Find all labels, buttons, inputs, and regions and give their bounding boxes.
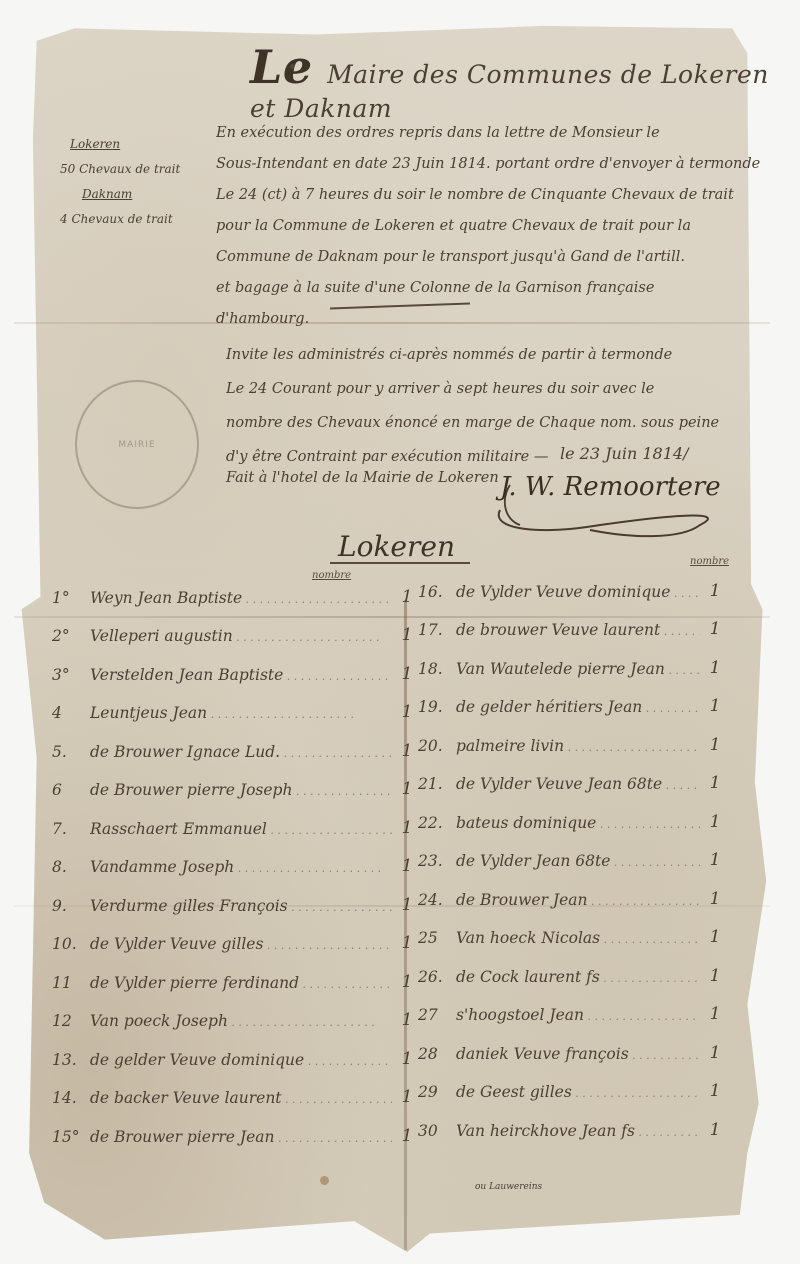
- margin-note: Lokeren 50 Chevaux de trait Daknam 4 Che…: [60, 132, 210, 232]
- entry-name: s'hoogstoel Jean: [456, 1006, 700, 1024]
- entry-name: de Brouwer Jean: [456, 891, 700, 909]
- list-item: 2°Velleperi augustin1: [52, 607, 422, 646]
- list-item: 6de Brouwer pierre Joseph1: [52, 761, 422, 800]
- entry-name: daniek Veuve françois: [456, 1045, 700, 1063]
- entry-name: Leuntjeus Jean: [90, 704, 392, 722]
- entry-quantity: 1: [700, 658, 730, 678]
- entry-number: 20.: [418, 737, 456, 755]
- list-item: 13.de gelder Veuve dominique1: [52, 1030, 422, 1069]
- body-paragraph-2: Invite les administrés ci-après nommés d…: [226, 338, 786, 474]
- list-item: 21.de Vylder Veuve Jean 68te1: [418, 755, 730, 794]
- ink-stain: [320, 1176, 329, 1185]
- text-line: et bagage à la suite d'une Colonne de la…: [216, 273, 776, 304]
- entry-name: Vandamme Joseph: [90, 858, 392, 876]
- entry-name: de backer Veuve laurent: [90, 1089, 392, 1107]
- entry-name: de Brouwer pierre Jean: [90, 1128, 392, 1146]
- entry-name: Van poeck Joseph: [90, 1012, 392, 1030]
- text-line: Le 24 Courant pour y arriver à sept heur…: [226, 372, 786, 406]
- entry-quantity: 1: [700, 619, 730, 639]
- entry-number: 24.: [418, 891, 456, 909]
- entry-name: Van heirckhove Jean fs: [456, 1122, 700, 1140]
- entry-number: 2°: [52, 627, 90, 645]
- body-paragraph-1: En exécution des ordres repris dans la l…: [216, 118, 776, 335]
- list-item: 25Van hoeck Nicolas1: [418, 909, 730, 948]
- list-item: 23.de Vylder Jean 68te1: [418, 832, 730, 871]
- entry-number: 26.: [418, 968, 456, 986]
- list-item: 27s'hoogstoel Jean1: [418, 986, 730, 1025]
- entry-name: Van hoeck Nicolas: [456, 929, 700, 947]
- entry-number: 16.: [418, 583, 456, 601]
- stamp-text: MAIRIE: [118, 440, 155, 450]
- entry-quantity: 1: [700, 1043, 730, 1063]
- entry-number: 5.: [52, 743, 90, 761]
- margin-commune-2: Daknam: [60, 182, 210, 207]
- entry-name: de Vylder Jean 68te: [456, 852, 700, 870]
- entry-number: 19.: [418, 698, 456, 716]
- title-text: Maire des Communes de Lokeren et Daknam: [250, 60, 769, 123]
- list-item: 3°Verstelden Jean Baptiste1: [52, 645, 422, 684]
- entry-quantity: 1: [700, 1004, 730, 1024]
- entry-quantity: 1: [700, 735, 730, 755]
- entry-name: bateus dominique: [456, 814, 700, 832]
- list-item: 1°Weyn Jean Baptiste1: [52, 568, 422, 607]
- list-item: 18.Van Wautelede pierre Jean1: [418, 639, 730, 678]
- list-item: 9.Verdurme gilles François1: [52, 876, 422, 915]
- entry-quantity: 1: [700, 927, 730, 947]
- entry-number: 18.: [418, 660, 456, 678]
- list-item: 14.de backer Veuve laurent1: [52, 1069, 422, 1108]
- entry-name: Verstelden Jean Baptiste: [90, 666, 392, 684]
- entry-quantity: 1: [700, 696, 730, 716]
- text-line: Invite les administrés ci-après nommés d…: [226, 338, 786, 372]
- entry-name: de gelder Veuve dominique: [90, 1051, 392, 1069]
- entry-number: 17.: [418, 621, 456, 639]
- document-title: Le Maire des Communes de Lokeren et Dakn…: [250, 40, 800, 123]
- entry-name: palmeire livin: [456, 737, 700, 755]
- entry-quantity: 1: [700, 581, 730, 601]
- text-line: nombre des Chevaux énoncé en marge de Ch…: [226, 406, 786, 440]
- entry-name: de Vylder Veuve dominique: [456, 583, 700, 601]
- entry-number: 23.: [418, 852, 456, 870]
- entry-quantity: 1: [700, 1120, 730, 1140]
- entry-number: 30: [418, 1122, 456, 1140]
- text-line: Le 24 (ct) à 7 heures du soir le nombre …: [216, 180, 776, 211]
- list-item: 10.de Vylder Veuve gilles1: [52, 915, 422, 954]
- entry-quantity: 1: [700, 850, 730, 870]
- entry-number: 29: [418, 1083, 456, 1101]
- entry-number: 10.: [52, 935, 90, 953]
- entry-name: de Geest gilles: [456, 1083, 700, 1101]
- list-item: 16.de Vylder Veuve dominique1: [418, 562, 730, 601]
- entry-number: 22.: [418, 814, 456, 832]
- list-item: 29de Geest gilles1: [418, 1063, 730, 1102]
- entry-number: 28: [418, 1045, 456, 1063]
- list-item: 5.de Brouwer Ignace Lud.1: [52, 722, 422, 761]
- entry-number: 11: [52, 974, 90, 992]
- entry-number: 25: [418, 929, 456, 947]
- entry-name: de Brouwer pierre Joseph: [90, 781, 392, 799]
- text-line: Sous-Intendant en date 23 Juin 1814. por…: [216, 149, 776, 180]
- entry-name: Verdurme gilles François: [90, 897, 392, 915]
- list-heading: Lokeren: [338, 530, 455, 563]
- margin-commune-1: Lokeren: [60, 132, 210, 157]
- list-item: 17.de brouwer Veuve laurent1: [418, 601, 730, 640]
- entry-number: 15°: [52, 1128, 90, 1146]
- list-item: 20.palmeire livin1: [418, 716, 730, 755]
- entry-number: 6: [52, 781, 90, 799]
- title-initial: Le: [250, 40, 313, 94]
- official-stamp: MAIRIE: [75, 380, 199, 509]
- text-line: pour la Commune de Lokeren et quatre Che…: [216, 211, 776, 242]
- entry-30-subnote: ou Lauwereins: [475, 1182, 542, 1192]
- mayor-signature: J. W. Remoortere: [500, 472, 721, 502]
- list-item: 15°de Brouwer pierre Jean1: [52, 1107, 422, 1146]
- entry-name: de Vylder pierre ferdinand: [90, 974, 392, 992]
- entry-number: 12: [52, 1012, 90, 1030]
- entry-number: 3°: [52, 666, 90, 684]
- entry-number: 1°: [52, 589, 90, 607]
- entry-number: 21.: [418, 775, 456, 793]
- entry-name: de brouwer Veuve laurent: [456, 621, 700, 639]
- entry-name: de Vylder Veuve gilles: [90, 935, 392, 953]
- entry-number: 14.: [52, 1089, 90, 1107]
- entries-left: 1°Weyn Jean Baptiste1 2°Velleperi august…: [52, 568, 422, 1146]
- list-item: 30Van heirckhove Jean fs1: [418, 1101, 730, 1140]
- list-item: 28daniek Veuve françois1: [418, 1024, 730, 1063]
- margin-horses-1: 50 Chevaux de trait: [60, 157, 210, 182]
- text-line: Commune de Daknam pour le transport jusq…: [216, 242, 776, 273]
- list-item: 24.de Brouwer Jean1: [418, 870, 730, 909]
- entry-name: de Brouwer Ignace Lud.: [90, 743, 392, 761]
- list-item: 19.de gelder héritiers Jean1: [418, 678, 730, 717]
- entry-name: Velleperi augustin: [90, 627, 392, 645]
- entry-quantity: 1: [700, 773, 730, 793]
- entry-number: 4: [52, 704, 90, 722]
- entry-name: de Cock laurent fs: [456, 968, 700, 986]
- entry-number: 13.: [52, 1051, 90, 1069]
- entry-number: 27: [418, 1006, 456, 1024]
- entry-name: Van Wautelede pierre Jean: [456, 660, 700, 678]
- list-item: 26.de Cock laurent fs1: [418, 947, 730, 986]
- list-item: 8.Vandamme Joseph1: [52, 838, 422, 877]
- ink-stain: [290, 64, 295, 69]
- text-line: d'y être Contraint par exécution militai…: [226, 440, 786, 474]
- text-line: En exécution des ordres repris dans la l…: [216, 118, 776, 149]
- entry-number: 9.: [52, 897, 90, 915]
- entry-quantity: 1: [700, 812, 730, 832]
- entries-right: 16.de Vylder Veuve dominique1 17.de brou…: [418, 562, 730, 1140]
- list-item: 7.Rasschaert Emmanuel1: [52, 799, 422, 838]
- list-item: 12Van poeck Joseph1: [52, 992, 422, 1031]
- list-item: 11de Vylder pierre ferdinand1: [52, 953, 422, 992]
- entry-number: 7.: [52, 820, 90, 838]
- place-line: Fait à l'hotel de la Mairie de Lokeren: [226, 470, 499, 486]
- date-line: le 23 Juin 1814/: [560, 444, 688, 463]
- entry-name: de Vylder Veuve Jean 68te: [456, 775, 700, 793]
- entry-name: Weyn Jean Baptiste: [90, 589, 392, 607]
- entry-name: Rasschaert Emmanuel: [90, 820, 392, 838]
- entry-quantity: 1: [700, 1081, 730, 1101]
- text-line: d'hambourg.: [216, 304, 776, 335]
- entry-name: de gelder héritiers Jean: [456, 698, 700, 716]
- list-item: 22.bateus dominique1: [418, 793, 730, 832]
- entry-quantity: 1: [700, 966, 730, 986]
- list-item: 4Leuntjeus Jean1: [52, 684, 422, 723]
- margin-horses-2: 4 Chevaux de trait: [60, 207, 210, 232]
- entry-quantity: 1: [700, 889, 730, 909]
- entry-number: 8.: [52, 858, 90, 876]
